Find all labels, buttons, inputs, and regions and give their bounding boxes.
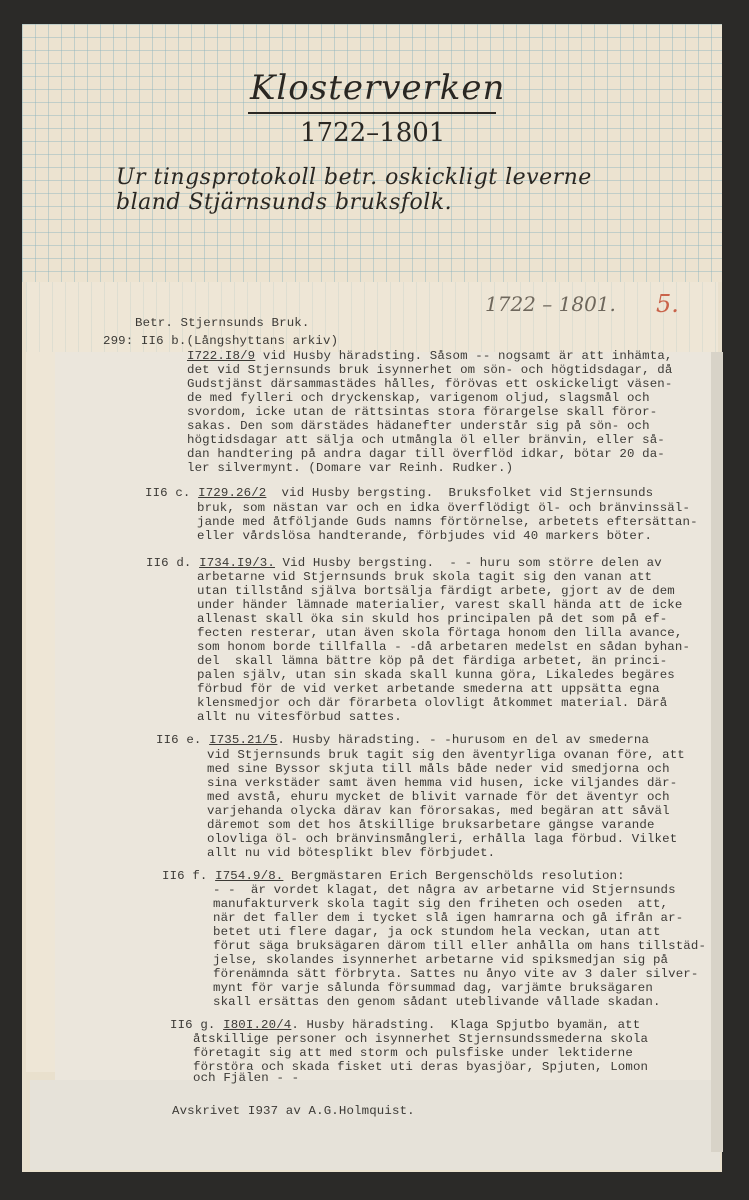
transcription-footer: Avskrivet I937 av A.G.Holmquist.: [172, 1104, 415, 1118]
entry-date: I722.I8/9: [187, 349, 255, 363]
entry-line: klensmedjor och där förarbeta olovligt å…: [197, 696, 667, 710]
entry-line: förut säga bruksägaren därom till eller …: [213, 939, 706, 953]
entry-line: bruk, som nästan var och en idka överflö…: [197, 501, 690, 515]
entry-line: sina verkstäder samt även hemma vid huse…: [207, 776, 677, 790]
entry-line: skall ersättas den genom sådant utebliva…: [213, 995, 661, 1009]
entry-line: ler silvermynt. (Domare var Reinh. Rudke…: [187, 461, 513, 475]
entry-label: II6 f.: [162, 869, 208, 883]
entry-line: företagit sig att med storm och pulsfisk…: [193, 1046, 633, 1060]
entry-line: betet uti flere dagar, ja ock stundom he…: [213, 925, 661, 939]
entry-line: däremot som det hos åtskillige bruksarbe…: [207, 818, 655, 832]
entry-line: med sine Byssor skjuta till måls både ne…: [207, 762, 670, 776]
entry-line: Bergmästaren Erich Bergenschölds resolut…: [283, 869, 624, 883]
document-heading: Betr. Stjernsunds Bruk.: [135, 316, 309, 330]
archive-reference: 299: II6 b.(Långshyttans arkiv): [103, 334, 338, 348]
entry-line: förbud för de vid verket arbetande smede…: [197, 682, 660, 696]
entry-date: I80I.20/4: [223, 1018, 291, 1032]
handwritten-subtitle-2: bland Stjärnsunds bruksfolk.: [116, 190, 452, 215]
entry-line: som honom borde tillfalla - -då arbetare…: [197, 640, 690, 654]
entry-date: I754.9/8.: [215, 869, 283, 883]
entry-line: manufakturverk skola tagit sig den frihe…: [213, 897, 668, 911]
entry-line: arbetarne vid Stjernsunds bruk skola tag…: [197, 570, 652, 584]
entry-line: åtskillige personer och isynnerhet Stjer…: [193, 1032, 648, 1046]
entry-date: I734.I9/3.: [199, 556, 275, 570]
entry-line: . Husby häradsting. Klaga Spjutbo byamän…: [291, 1018, 640, 1032]
entry-line: dan handtering på andra dagar till överf…: [187, 447, 665, 461]
entry-line: svordom, icke utan de rättsintas stora f…: [187, 405, 657, 419]
entry-line: vid Husby bergsting. Bruksfolket vid Stj…: [266, 486, 653, 500]
entry-line: palen själv, utan sin skada skall kunna …: [197, 668, 675, 682]
entry-date: I729.26/2: [198, 486, 266, 500]
entry-line: utan tillstånd själva bortsälja färdigt …: [197, 584, 675, 598]
entry-line: med avstå, ehuru mycket de blivit varnad…: [207, 790, 670, 804]
handwritten-title: Klosterverken: [250, 68, 505, 108]
entry-line: - - är vordet klagat, det några av arbet…: [213, 883, 676, 897]
entry-line: allenast skall öka sin skuld hos princip…: [197, 612, 667, 626]
entry-line: eller vårdslösa handterande, förbjudes v…: [197, 529, 652, 543]
sheet-right-shadow: [711, 352, 723, 1152]
entry-label: II6 e.: [156, 733, 202, 747]
entry-line: allt nu vitesförbud sattes.: [197, 710, 402, 724]
entry-line: vid Husby häradsting. Såsom -- nogsamt ä…: [255, 349, 672, 363]
entry-label: II6 d.: [146, 556, 192, 570]
entry-line: allt nu vid bötesplikt blev förbjudet.: [207, 846, 495, 860]
entry-line: jelse, skolandes isynnerhet arbetarne vi…: [213, 953, 668, 967]
entry-line: de med fylleri och dryckenskap, varigeno…: [187, 391, 650, 405]
entry-line: . Husby häradsting. - -hurusom en del av…: [277, 733, 649, 747]
entry-line: Gudstjänst därsammastädes hålles, föröva…: [187, 377, 672, 391]
entry-line: högtidsdagar att sälja och utmångla öl e…: [187, 433, 665, 447]
entry-line: det vid Stjernsunds bruk isynnerhet om s…: [187, 363, 672, 377]
graph-paper-grid: [22, 24, 722, 282]
entry-line: mynt för varje sålunda försummad dag, va…: [213, 981, 653, 995]
page-number: 5.: [656, 290, 679, 318]
title-underline: [248, 112, 496, 114]
entry-line: när det faller dem i tycket slå igen ham…: [213, 911, 683, 925]
entry-label: II6 g.: [170, 1018, 216, 1032]
pencil-date-note: 1722 – 1801.: [485, 292, 616, 316]
entry-line: jande med åtföljande Guds namns förtörne…: [197, 515, 698, 529]
entry-line: sakas. Den som därstädes hädanefter unde…: [187, 419, 650, 433]
entry-line: del skall lämna bättre köp på det färdig…: [197, 654, 667, 668]
handwritten-years: 1722–1801: [300, 118, 445, 148]
entry-line: olovliga öl- och bränvinsmångleri, erhål…: [207, 832, 677, 846]
entry-line: Vid Husby bergsting. - - huru som större…: [275, 556, 662, 570]
entry-line: varjehanda olycka därav kan förorsakas, …: [207, 804, 670, 818]
entry-line: förenämnda sätt förbryta. Sattes nu ånyo…: [213, 967, 698, 981]
entry-date: I735.21/5: [209, 733, 277, 747]
handwritten-subtitle-1: Ur tingsprotokoll betr. oskickligt lever…: [116, 165, 592, 190]
sheet-bottom-edge: [30, 1080, 720, 1170]
entry-line: vid Stjernsunds bruk tagit sig den ävent…: [207, 748, 685, 762]
entry-line: fecten resterar, utan även skola förtaga…: [197, 626, 682, 640]
entry-label: II6 c.: [145, 486, 191, 500]
entry-line: under händer lämnade materialier, varest…: [197, 598, 682, 612]
entry-line: och Fjälen - -: [193, 1071, 299, 1085]
